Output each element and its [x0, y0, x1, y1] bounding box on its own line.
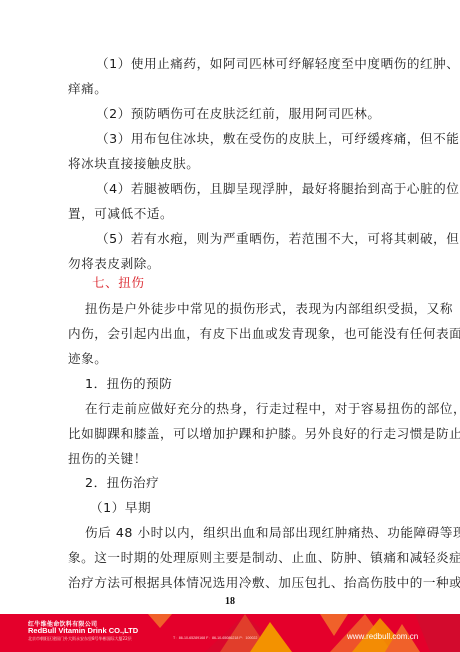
subheading: 2．扭伤治疗: [85, 475, 411, 491]
subheading: 1．扭伤的预防: [85, 376, 411, 392]
text-line: 内伤，会引起内出血，有皮下出血或发青现象，也可能没有任何表面: [68, 326, 394, 342]
website-url[interactable]: www.redbull.com.cn: [347, 632, 418, 641]
text-line: 象。这一时期的处理原则主要是制动、止血、防肿、镇痛和减轻炎症。: [68, 550, 394, 566]
company-phones: T：86-10-65289168 F：86-10-65086218 P：1000…: [173, 636, 257, 641]
text-line: 伤后 48 小时以内，组织出血和局部出现红肿痛热、功能障碍等现: [85, 525, 411, 541]
document-page: （1）使用止痛药，如阿司匹林可纾解轻度至中度晒伤的红肿、 痒痛。 （2）预防晒伤…: [0, 0, 460, 652]
text-line: （3）用布包住冰块，敷在受伤的皮肤上，可纾缓疼痛，但不能: [96, 131, 422, 147]
text-line: 置，可减低不适。: [68, 206, 394, 222]
text-line: 在行走前应做好充分的热身，行走过程中，对于容易扭伤的部位，: [85, 401, 411, 417]
text-line: （2）预防晒伤可在皮肤泛红前，服用阿司匹林。: [96, 106, 422, 122]
text-line: 将冰块直接接触皮肤。: [68, 156, 394, 172]
text-line: 比如脚踝和膝盖，可以增加护踝和护膝。另外良好的行走习惯是防止: [68, 426, 394, 442]
text-line: 勿将表皮剥除。: [68, 256, 394, 272]
subheading: （1）早期: [90, 500, 416, 516]
text-line: 痒痛。: [68, 81, 394, 97]
text-line: 迹象。: [68, 351, 394, 367]
company-name-en: RedBull Vitamin Drink CO.,LTD: [28, 626, 138, 635]
text-line: 治疗方法可根据具体情况选用冷敷、加压包扎、抬高伤肢中的一种或: [68, 575, 394, 591]
page-number: 18: [0, 596, 460, 607]
footer-banner: 红牛维他命饮料有限公司 RedBull Vitamin Drink CO.,LT…: [0, 614, 460, 652]
company-address: 北京市朝阳区建国门外大街永安东里8号华彬国际大厦22层: [28, 636, 132, 642]
text-line: 扭伤是户外徒步中常见的损伤形式，表现为内部组织受损，又称: [85, 301, 411, 317]
text-line: （4）若腿被晒伤，且脚呈现浮肿，最好将腿抬到高于心脏的位: [96, 181, 422, 197]
text-line: （1）使用止痛药，如阿司匹林可纾解轻度至中度晒伤的红肿、: [96, 56, 422, 72]
text-line: （5）若有水疱，则为严重晒伤，若范围不大，可将其刺破，但: [96, 231, 422, 247]
section-heading: 七、扭伤: [92, 275, 418, 291]
text-line: 扭伤的关键！: [68, 451, 394, 467]
